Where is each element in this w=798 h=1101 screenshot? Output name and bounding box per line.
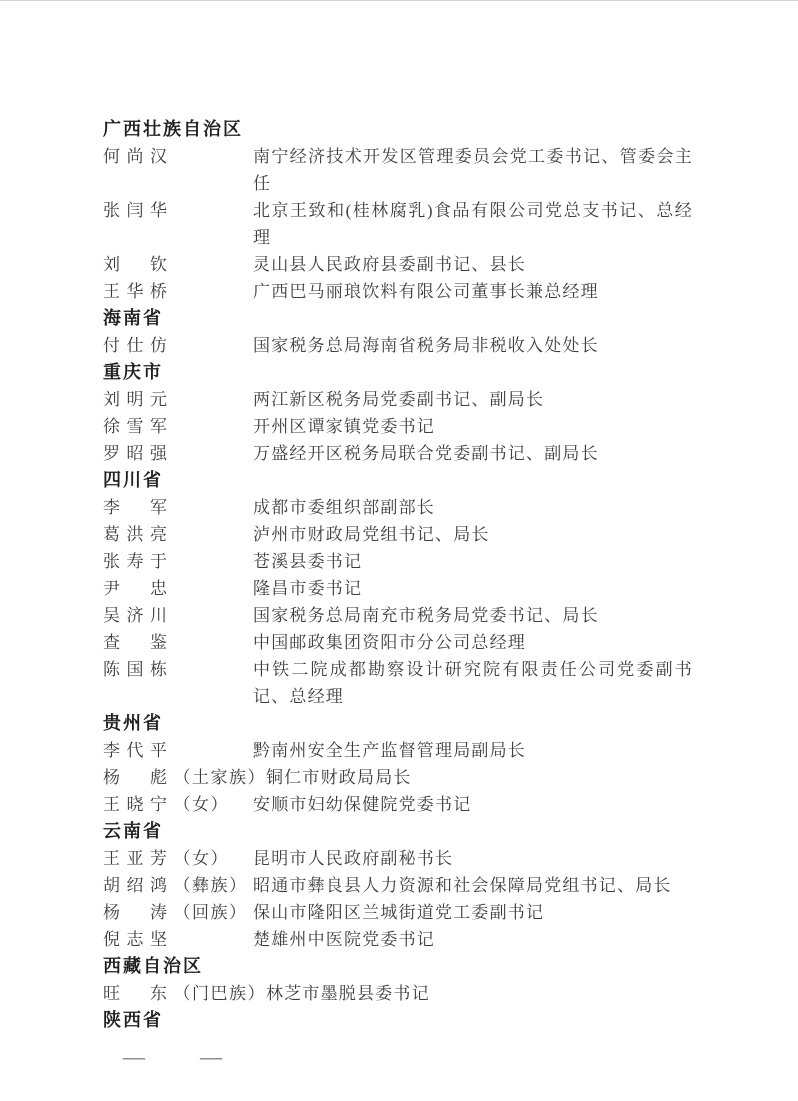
person-position: 中国邮政集团资阳市分公司总经理 — [253, 629, 693, 656]
entry-row: 张闫华 北京王致和(桂林腐乳)食品有限公司党总支书记、总经理 — [103, 197, 708, 251]
person-name: 吴济川 — [103, 602, 174, 629]
person-position: 隆昌市委书记 — [253, 575, 693, 602]
person-name: 李 军 — [103, 494, 174, 521]
person-name: 葛洪亮 — [103, 521, 174, 548]
person-name: 张闫华 — [103, 197, 174, 224]
region-section: 重庆市 刘明元 两江新区税务局党委副书记、副局长 徐雪军 开州区谭家镇党委书记 … — [103, 359, 708, 467]
entry-name-block: 旺 东 （门巴族） — [103, 980, 266, 1007]
person-name: 倪志坚 — [103, 926, 174, 953]
entry-name-block: 付仕仿 — [103, 332, 253, 359]
person-position: 昭通市彝良县人力资源和社会保障局党组书记、局长 — [253, 872, 693, 899]
person-name: 王晓宁 — [103, 791, 174, 818]
region-section: 海南省 付仕仿 国家税务总局海南省税务局非税收入处处长 — [103, 305, 708, 359]
entry-name-block: 陈国栋 — [103, 656, 253, 683]
person-position: 泸州市财政局党组书记、局长 — [253, 521, 693, 548]
entry-name-block: 尹 忠 — [103, 575, 253, 602]
region-heading: 四川省 — [103, 467, 708, 494]
person-position: 两江新区税务局党委副书记、副局长 — [253, 386, 693, 413]
region-section: 四川省 李 军 成都市委组织部副部长 葛洪亮 泸州市财政局党组书记、局长 张寿于… — [103, 467, 708, 710]
person-ethnicity: （土家族） — [174, 764, 267, 791]
region-entries: 旺 东 （门巴族） 林芝市墨脱县委书记 — [103, 980, 708, 1007]
person-name: 刘 钦 — [103, 251, 174, 278]
person-position: 苍溪县委书记 — [253, 548, 693, 575]
entry-row: 李 军 成都市委组织部副部长 — [103, 494, 708, 521]
person-name: 杨 彪 — [103, 764, 174, 791]
person-position: 国家税务总局南充市税务局党委书记、局长 — [253, 602, 693, 629]
entry-name-block: 李 军 — [103, 494, 253, 521]
person-ethnicity: （彝族） — [174, 872, 248, 899]
region-section: 陕西省 — [103, 1007, 708, 1034]
region-entries: 刘明元 两江新区税务局党委副书记、副局长 徐雪军 开州区谭家镇党委书记 罗昭强 … — [103, 386, 708, 467]
person-position: 中铁二院成都勘察设计研究院有限责任公司党委副书记、总经理 — [253, 656, 693, 710]
entry-row: 王华桥 广西巴马丽琅饮料有限公司董事长兼总经理 — [103, 278, 708, 305]
entry-name-block: 张寿于 — [103, 548, 253, 575]
entry-row: 李代平 黔南州安全生产监督管理局副局长 — [103, 737, 708, 764]
region-entries: 李 军 成都市委组织部副部长 葛洪亮 泸州市财政局党组书记、局长 张寿于 苍溪县… — [103, 494, 708, 710]
person-position: 成都市委组织部副部长 — [253, 494, 693, 521]
person-ethnicity: （门巴族） — [174, 980, 267, 1007]
entry-name-block: 李代平 — [103, 737, 253, 764]
entry-name-block: 王华桥 — [103, 278, 253, 305]
entry-row: 陈国栋 中铁二院成都勘察设计研究院有限责任公司党委副书记、总经理 — [103, 656, 708, 710]
entry-name-block: 刘 钦 — [103, 251, 253, 278]
region-section: 广西壮族自治区 何尚汉 南宁经济技术开发区管理委员会党工委书记、管委会主任 张闫… — [103, 116, 708, 305]
person-name: 何尚汉 — [103, 143, 174, 170]
person-position: 铜仁市财政局局长 — [266, 764, 706, 791]
entry-row: 罗昭强 万盛经开区税务局联合党委副书记、副局长 — [103, 440, 708, 467]
person-ethnicity: （回族） — [174, 899, 248, 926]
entry-row: 徐雪军 开州区谭家镇党委书记 — [103, 413, 708, 440]
entry-name-block: 葛洪亮 — [103, 521, 253, 548]
region-heading: 海南省 — [103, 305, 708, 332]
entry-row: 何尚汉 南宁经济技术开发区管理委员会党工委书记、管委会主任 — [103, 143, 708, 197]
page-number-dash-right: — — [200, 1043, 222, 1070]
person-position: 万盛经开区税务局联合党委副书记、副局长 — [253, 440, 693, 467]
region-entries: 李代平 黔南州安全生产监督管理局副局长 杨 彪 （土家族） 铜仁市财政局局长 王… — [103, 737, 708, 818]
region-heading: 西藏自治区 — [103, 953, 708, 980]
person-name: 陈国栋 — [103, 656, 174, 683]
person-position: 保山市隆阳区兰城街道党工委副书记 — [253, 899, 693, 926]
region-section: 云南省 王亚芳 （女） 昆明市人民政府副秘书长 胡绍鸿 （彝族） 昭通市彝良县人… — [103, 818, 708, 953]
entry-name-block: 王晓宁 （女） — [103, 791, 253, 818]
person-position: 黔南州安全生产监督管理局副局长 — [253, 737, 693, 764]
entry-row: 杨 涛 （回族） 保山市隆阳区兰城街道党工委副书记 — [103, 899, 708, 926]
entry-row: 刘明元 两江新区税务局党委副书记、副局长 — [103, 386, 708, 413]
entry-name-block: 杨 涛 （回族） — [103, 899, 253, 926]
entry-name-block: 查 鉴 — [103, 629, 253, 656]
person-name: 尹 忠 — [103, 575, 174, 602]
region-entries: 何尚汉 南宁经济技术开发区管理委员会党工委书记、管委会主任 张闫华 北京王致和(… — [103, 143, 708, 305]
person-position: 广西巴马丽琅饮料有限公司董事长兼总经理 — [253, 278, 693, 305]
person-name: 张寿于 — [103, 548, 174, 575]
entry-name-block: 倪志坚 — [103, 926, 253, 953]
person-name: 徐雪军 — [103, 413, 174, 440]
person-name: 付仕仿 — [103, 332, 174, 359]
person-position: 灵山县人民政府县委副书记、县长 — [253, 251, 693, 278]
entry-name-block: 胡绍鸿 （彝族） — [103, 872, 253, 899]
region-entries: 王亚芳 （女） 昆明市人民政府副秘书长 胡绍鸿 （彝族） 昭通市彝良县人力资源和… — [103, 845, 708, 953]
person-name: 王亚芳 — [103, 845, 174, 872]
sections: 广西壮族自治区 何尚汉 南宁经济技术开发区管理委员会党工委书记、管委会主任 张闫… — [103, 116, 708, 1034]
person-position: 国家税务总局海南省税务局非税收入处处长 — [253, 332, 693, 359]
entry-row: 张寿于 苍溪县委书记 — [103, 548, 708, 575]
entry-row: 杨 彪 （土家族） 铜仁市财政局局长 — [103, 764, 708, 791]
entry-name-block: 王亚芳 （女） — [103, 845, 253, 872]
region-section: 贵州省 李代平 黔南州安全生产监督管理局副局长 杨 彪 （土家族） 铜仁市财政局… — [103, 710, 708, 818]
entry-row: 倪志坚 楚雄州中医院党委书记 — [103, 926, 708, 953]
entry-name-block: 杨 彪 （土家族） — [103, 764, 266, 791]
region-heading: 陕西省 — [103, 1007, 708, 1034]
document-page: 广西壮族自治区 何尚汉 南宁经济技术开发区管理委员会党工委书记、管委会主任 张闫… — [0, 0, 798, 1070]
person-position: 安顺市妇幼保健院党委书记 — [253, 791, 693, 818]
region-heading: 广西壮族自治区 — [103, 116, 708, 143]
entry-row: 王亚芳 （女） 昆明市人民政府副秘书长 — [103, 845, 708, 872]
entry-row: 查 鉴 中国邮政集团资阳市分公司总经理 — [103, 629, 708, 656]
entry-name-block: 吴济川 — [103, 602, 253, 629]
entry-row: 付仕仿 国家税务总局海南省税务局非税收入处处长 — [103, 332, 708, 359]
region-section: 西藏自治区 旺 东 （门巴族） 林芝市墨脱县委书记 — [103, 953, 708, 1007]
entry-row: 胡绍鸿 （彝族） 昭通市彝良县人力资源和社会保障局党组书记、局长 — [103, 872, 708, 899]
entry-name-block: 罗昭强 — [103, 440, 253, 467]
entry-row: 吴济川 国家税务总局南充市税务局党委书记、局长 — [103, 602, 708, 629]
entry-row: 刘 钦 灵山县人民政府县委副书记、县长 — [103, 251, 708, 278]
person-name: 查 鉴 — [103, 629, 174, 656]
page-top-edge — [0, 0, 798, 1]
person-ethnicity: （女） — [174, 845, 230, 872]
person-name: 王华桥 — [103, 278, 174, 305]
entry-row: 葛洪亮 泸州市财政局党组书记、局长 — [103, 521, 708, 548]
region-heading: 贵州省 — [103, 710, 708, 737]
page-number-dash-left: — — [123, 1043, 145, 1070]
entry-name-block: 何尚汉 — [103, 143, 253, 170]
person-position: 南宁经济技术开发区管理委员会党工委书记、管委会主任 — [253, 143, 693, 197]
person-position: 昆明市人民政府副秘书长 — [253, 845, 693, 872]
region-entries: 付仕仿 国家税务总局海南省税务局非税收入处处长 — [103, 332, 708, 359]
region-heading: 重庆市 — [103, 359, 708, 386]
entry-row: 王晓宁 （女） 安顺市妇幼保健院党委书记 — [103, 791, 708, 818]
entry-name-block: 刘明元 — [103, 386, 253, 413]
entry-name-block: 徐雪军 — [103, 413, 253, 440]
entry-name-block: 张闫华 — [103, 197, 253, 224]
person-position: 林芝市墨脱县委书记 — [266, 980, 706, 1007]
entry-row: 旺 东 （门巴族） 林芝市墨脱县委书记 — [103, 980, 708, 1007]
page-footer: — — — [123, 1043, 708, 1070]
person-position: 楚雄州中医院党委书记 — [253, 926, 693, 953]
person-position: 开州区谭家镇党委书记 — [253, 413, 693, 440]
region-heading: 云南省 — [103, 818, 708, 845]
person-name: 罗昭强 — [103, 440, 174, 467]
person-name: 刘明元 — [103, 386, 174, 413]
person-ethnicity: （女） — [174, 791, 230, 818]
person-name: 杨 涛 — [103, 899, 174, 926]
entry-row: 尹 忠 隆昌市委书记 — [103, 575, 708, 602]
person-name: 旺 东 — [103, 980, 174, 1007]
person-name: 胡绍鸿 — [103, 872, 174, 899]
person-name: 李代平 — [103, 737, 174, 764]
person-position: 北京王致和(桂林腐乳)食品有限公司党总支书记、总经理 — [253, 197, 693, 251]
